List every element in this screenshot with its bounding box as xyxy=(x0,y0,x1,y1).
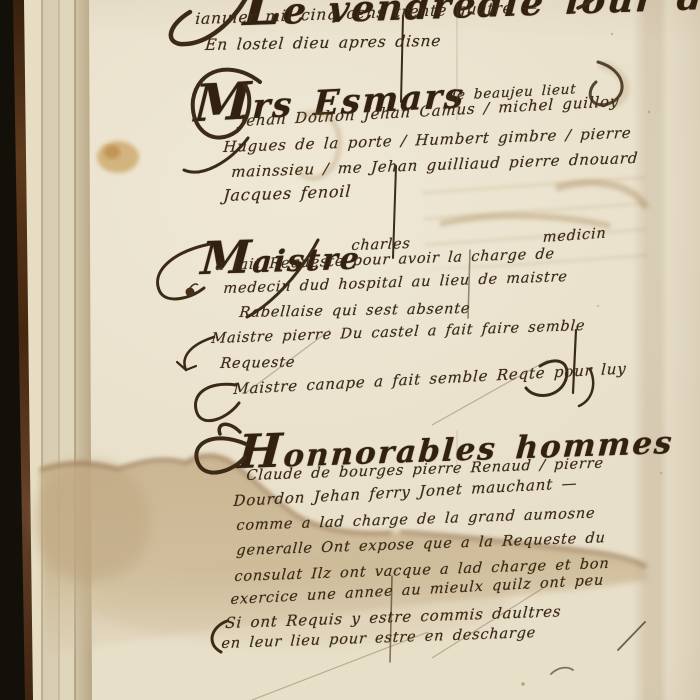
ink-flourishes xyxy=(158,0,645,674)
ink-flourish-layer xyxy=(0,0,700,700)
ghost-flourishes xyxy=(298,64,646,226)
manuscript-photo: Le vendredie iour de ianuierianuier mil … xyxy=(0,0,700,700)
scratch-lines xyxy=(247,2,548,700)
